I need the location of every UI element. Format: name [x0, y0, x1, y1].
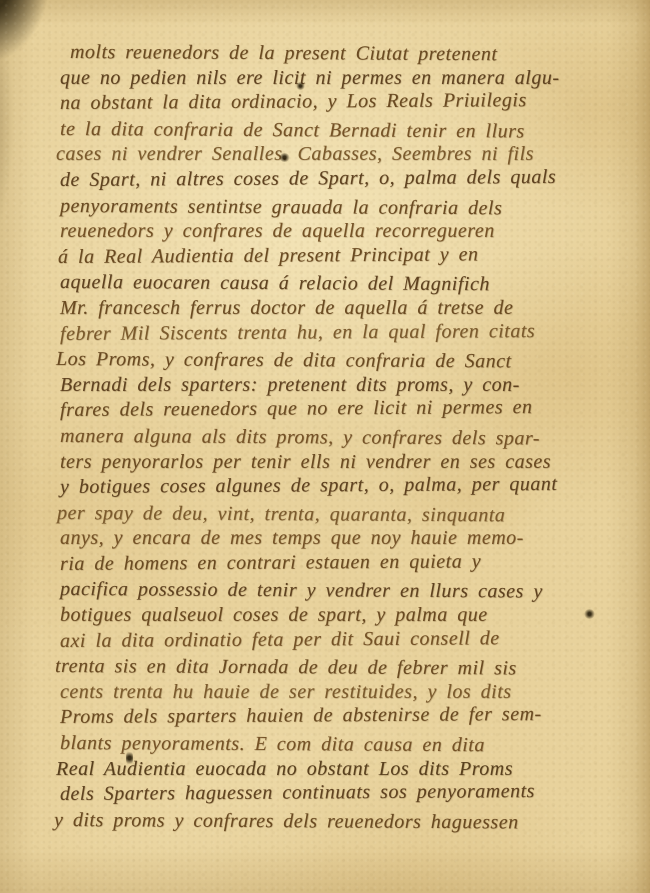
manuscript-line: cases ni vendrer Senalles. Cabasses, See… — [56, 142, 605, 168]
manuscript-line: botigues qualseuol coses de spart, y pal… — [60, 603, 605, 629]
manuscript-line: Los Proms, y confrares de dita confraria… — [56, 347, 605, 375]
manuscript-line: ria de homens en contrari estauen en qui… — [60, 549, 605, 578]
manuscript-line: na obstant la dita ordinacio, y Los Real… — [60, 88, 605, 117]
manuscript-line: blants penyoraments. E com dita causa en… — [60, 731, 605, 759]
manuscript-line: Proms dels sparters hauien de abstenirse… — [60, 702, 605, 731]
manuscript-line: y botigues coses algunes de spart, o, pa… — [60, 472, 605, 501]
manuscript-line: penyoraments sentintse grauada la confra… — [60, 194, 605, 222]
manuscript-line: febrer Mil Siscents trenta hu, en la qua… — [60, 318, 605, 347]
manuscript-line: anys, y encara de mes temps que noy haui… — [60, 526, 605, 552]
manuscript-line: te la dita confraria de Sanct Bernadi te… — [60, 117, 605, 145]
manuscript-line: frares dels reuenedors que no ere licit … — [60, 395, 605, 424]
manuscript-page: molts reuenedors de la present Ciutat pr… — [0, 0, 650, 893]
manuscript-line: trenta sis en dita Jornada de deu de feb… — [55, 654, 605, 682]
manuscript-text-block: molts reuenedors de la present Ciutat pr… — [60, 40, 605, 833]
manuscript-line: Mr. francesch ferrus doctor de aquella á… — [60, 296, 605, 322]
manuscript-line: dels Sparters haguessen continuats sos p… — [60, 779, 605, 808]
manuscript-line: aquella euocaren causa á relacio del Mag… — [60, 270, 605, 298]
manuscript-line: de Spart, ni altres coses de Spart, o, p… — [60, 165, 605, 194]
manuscript-line: á la Real Audientia del present Principa… — [58, 241, 605, 270]
manuscript-line: molts reuenedors de la present Ciutat pr… — [70, 40, 605, 68]
manuscript-line: axi la dita ordinatio feta per dit Saui … — [60, 625, 605, 654]
manuscript-line: per spay de deu, vint, trenta, quaranta,… — [57, 501, 605, 529]
manuscript-line: reuenedors y confrares de aquella recorr… — [60, 219, 605, 245]
manuscript-line: manera alguna als dits proms, y confrare… — [60, 424, 605, 452]
manuscript-line: pacifica possessio de tenir y vendrer en… — [60, 577, 605, 605]
manuscript-line: y dits proms y confrares dels reuenedors… — [54, 808, 605, 836]
